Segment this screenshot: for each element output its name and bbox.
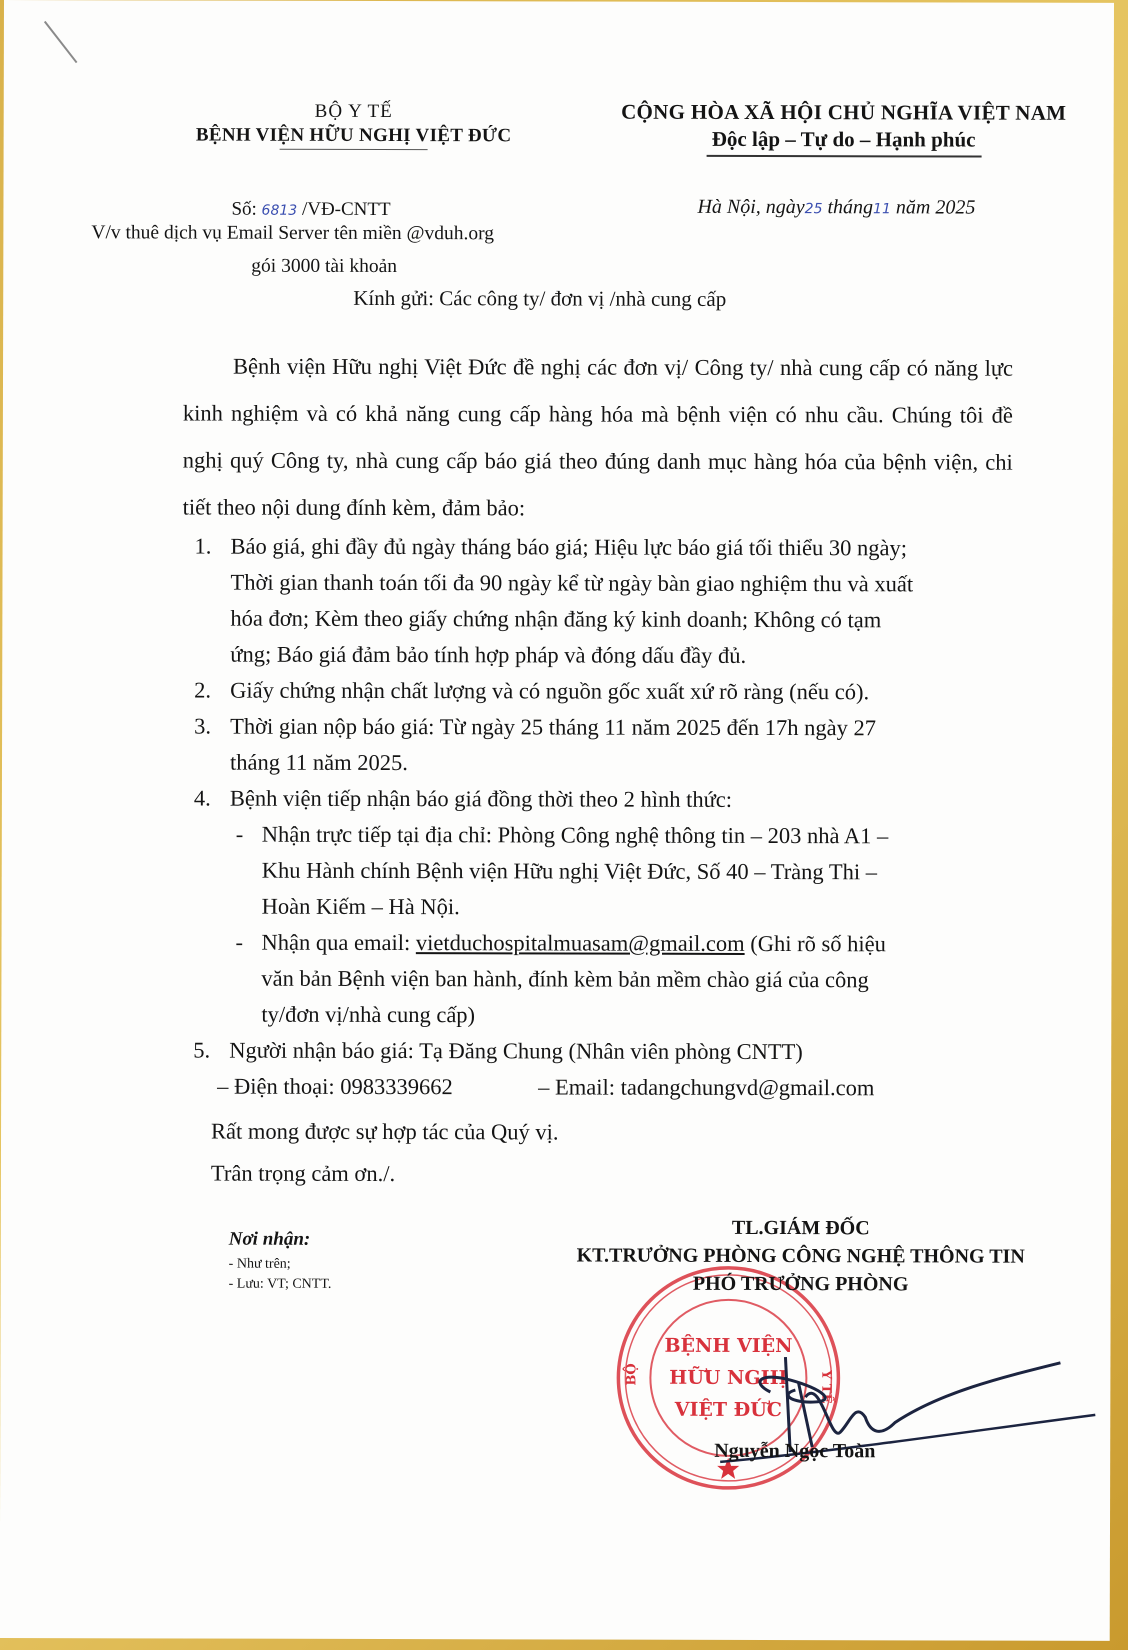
national-header: CỘNG HÒA XÃ HỘI CHỦ NGHĨA VIỆT NAM Độc l… [594, 100, 1094, 158]
contact-email: – Email: tadangchungvd@gmail.com [538, 1069, 874, 1106]
sub-line: Nhận trực tiếp tại địa chỉ: Phòng Công n… [262, 817, 889, 855]
recipients-title: Nơi nhận: [229, 1229, 311, 1251]
date-year-label: năm 2025 [891, 196, 976, 218]
national-motto: Độc lập – Tự do – Hạnh phúc [594, 127, 1094, 153]
signature-block: TL.GIÁM ĐỐC KT.TRƯỞNG PHÒNG CÔNG NGHỆ TH… [521, 1213, 1081, 1298]
signer-name: Nguyễn Ngọc Toàn [714, 1440, 875, 1463]
list-line: Thời gian thanh toán tối đa 90 ngày kể t… [230, 565, 913, 603]
doc-number-suffix: /VĐ-CNTT [297, 199, 390, 220]
recipient-item: - Lưu: VT; CNTT. [229, 1277, 332, 1293]
nation-name: CỘNG HÒA XÃ HỘI CHỦ NGHĨA VIỆT NAM [594, 100, 1094, 126]
intro-paragraph: Bệnh viện Hữu nghị Việt Đức đề nghị các … [183, 342, 1013, 532]
list-line: Thời gian nộp báo giá: Từ ngày 25 tháng … [230, 709, 876, 747]
list-line: tháng 11 năm 2025. [230, 745, 408, 781]
subject-line-2: gói 3000 tài khoản [251, 256, 397, 278]
doc-number-handwritten: 6813 [262, 203, 298, 219]
procurement-email-link[interactable]: vietduchospitalmuasam@gmail.com [416, 930, 745, 956]
date-day: 25 [805, 201, 823, 217]
document-number: Số: 6813 /VĐ-CNTT [231, 199, 390, 221]
ministry-name: BỘ Y TẾ [154, 100, 554, 123]
sub-line-email: Nhận qua email: vietduchospitalmuasam@gm… [261, 925, 885, 963]
email-prefix: Nhận qua email: [262, 930, 416, 955]
contact-phone: – Điện thoại: 0983339662 [217, 1069, 453, 1106]
signature-title-3: PHÓ TRƯỞNG PHÒNG [521, 1269, 1081, 1298]
signature-title-1: TL.GIÁM ĐỐC [521, 1213, 1081, 1242]
sub-line: ty/đơn vị/nhà cung cấp) [261, 997, 475, 1034]
closing-line-1: Rất mong được sự hợp tác của Quý vị. [211, 1119, 559, 1146]
list-line: Báo giá, ghi đầy đủ ngày tháng báo giá; … [231, 529, 908, 567]
sub-line: Khu Hành chính Bệnh viện Hữu nghị Việt Đ… [262, 853, 877, 891]
salutation: Kính gửi: Các công ty/ đơn vị /nhà cung … [353, 286, 726, 312]
list-line: Giấy chứng nhận chất lượng và có nguồn g… [230, 673, 869, 711]
sub-line: Hoàn Kiếm – Hà Nội. [262, 889, 460, 926]
email-suffix: (Ghi rõ số hiệu [745, 931, 886, 956]
place-date: Hà Nội, ngày25 tháng11 năm 2025 [697, 196, 975, 220]
organization-name: BỆNH VIỆN HỮU NGHỊ VIỆT ĐỨC [154, 124, 554, 147]
subject-line-1: V/v thuê dịch vụ Email Server tên miền @… [91, 222, 494, 245]
recipient-item: - Như trên; [229, 1257, 291, 1273]
date-prefix: Hà Nội, ngày [697, 196, 804, 218]
issuer-header: BỘ Y TẾ BỆNH VIỆN HỮU NGHỊ VIỆT ĐỨC [154, 100, 554, 150]
sub-bullet: - [236, 817, 244, 853]
closing-line-2: Trân trọng cảm ơn./. [211, 1161, 395, 1187]
organization-underline [280, 149, 428, 150]
list-number: 5. [193, 1032, 210, 1068]
sub-line: văn bản Bệnh viện ban hành, đính kèm bản… [261, 961, 868, 999]
motto-underline [706, 155, 981, 157]
signature-title-2: KT.TRƯỞNG PHÒNG CÔNG NGHỆ THÔNG TIN [521, 1241, 1081, 1270]
list-line: ứng; Báo giá đảm bảo tính hợp pháp và đó… [230, 637, 746, 674]
list-line: hóa đơn; Kèm theo giấy chứng nhận đăng k… [230, 601, 881, 639]
doc-number-prefix: Số: [231, 199, 261, 220]
sub-bullet: - [235, 925, 243, 961]
list-number: 4. [194, 781, 211, 817]
date-month: 11 [873, 201, 891, 217]
requirements-list: 1. Báo giá, ghi đầy đủ ngày tháng báo gi… [4, 0, 1114, 3]
date-month-label: tháng [822, 196, 873, 218]
list-line: Bệnh viện tiếp nhận báo giá đồng thời th… [230, 781, 732, 818]
list-line: Người nhận báo giá: Tạ Đăng Chung (Nhân … [229, 1033, 803, 1071]
pen-mark [44, 21, 77, 63]
list-number: 2. [194, 673, 211, 709]
list-number: 3. [194, 709, 211, 745]
stamp-ring-left: BỘ [622, 1363, 639, 1385]
document-page: BỘ Y TẾ BỆNH VIỆN HỮU NGHỊ VIỆT ĐỨC CỘNG… [0, 0, 1114, 1641]
list-number: 1. [195, 529, 212, 565]
